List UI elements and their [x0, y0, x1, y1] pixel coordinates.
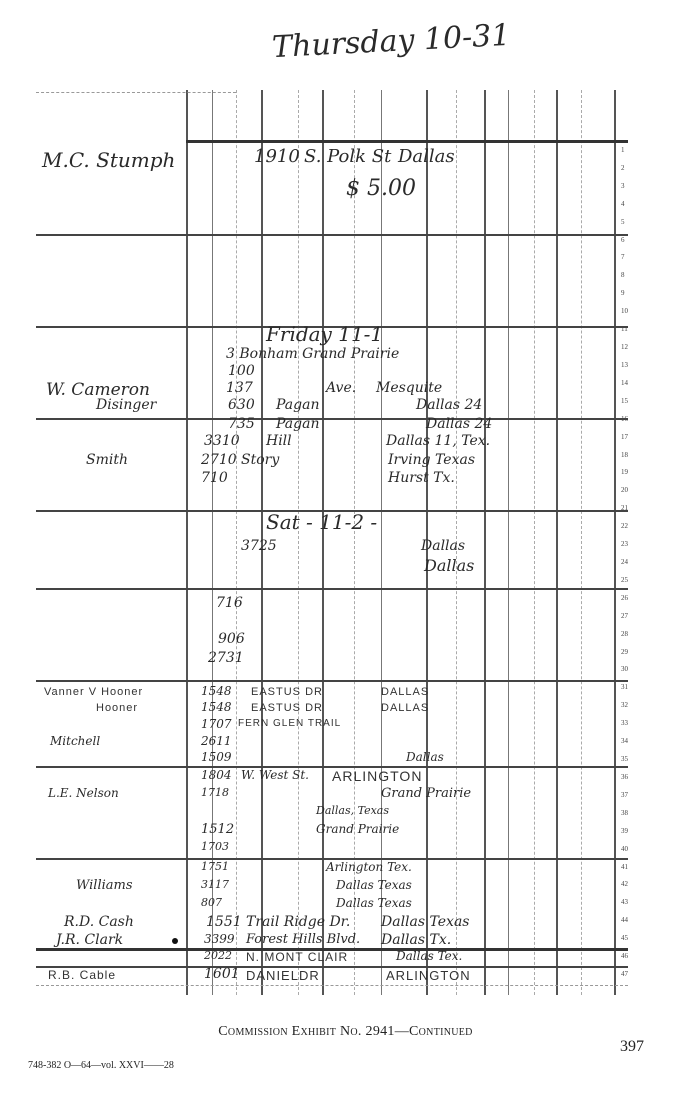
entry-number: 1910 — [254, 146, 300, 167]
entry-street: S. Polk St — [304, 146, 391, 167]
row-number: 3 — [621, 182, 625, 190]
entry-street: EASTUS DR — [251, 686, 323, 698]
entry-street: FERN GLEN TRAIL — [238, 718, 341, 729]
entry-name: Hooner — [96, 702, 138, 714]
row-number: 44 — [621, 916, 628, 924]
row-number: 41 — [621, 863, 628, 871]
row-number: 1 — [621, 146, 625, 154]
entry-street: DANIELDR — [246, 968, 320, 983]
entry-city: Dallas Texas — [336, 878, 412, 892]
row-number: 19 — [621, 468, 628, 476]
entry-amount: $ 5.00 — [346, 176, 416, 201]
entry-number: 1703 — [201, 840, 229, 853]
row-number: 12 — [621, 343, 628, 351]
row-number: 32 — [621, 701, 628, 709]
entry-number: 807 — [201, 896, 222, 909]
entry-city: Hurst Tx. — [388, 470, 455, 486]
row-number: 4 — [621, 200, 625, 208]
bottom-rule — [36, 985, 628, 986]
entry-city: Grand Prairie — [316, 822, 399, 836]
entry-name: R.D. Cash — [64, 914, 134, 930]
entry-street: Pagan — [276, 416, 319, 432]
day-heading: Sat - 11-2 - — [266, 510, 377, 534]
row-number: 10 — [621, 307, 628, 315]
row-number: 15 — [621, 397, 628, 405]
row-number: 33 — [621, 719, 628, 727]
row-number: 38 — [621, 809, 628, 817]
ink-dot — [172, 938, 178, 944]
entry-name: J.R. Clark — [56, 932, 123, 948]
entry-city: ARLINGTON — [332, 768, 422, 784]
entry-number: 1551 — [206, 914, 242, 930]
row-number: 36 — [621, 773, 628, 781]
row-number: 5 — [621, 218, 625, 226]
entry-street: Pagan — [276, 397, 319, 413]
entry-city: Dallas — [421, 538, 465, 554]
row-number: 46 — [621, 952, 628, 960]
row-number: 20 — [621, 486, 628, 494]
print-code: 748-382 O—64—vol. XXVI——28 — [28, 1060, 174, 1071]
entry-number: 710 — [201, 470, 228, 486]
entry-city: Dallas Texas — [336, 896, 412, 910]
block-rule — [36, 680, 628, 682]
row-number: 18 — [621, 451, 628, 459]
entry-city: Grand Prairie — [381, 786, 471, 801]
entry-number: 2022 — [204, 949, 232, 962]
row-number: 37 — [621, 791, 628, 799]
entry-number: 1751 — [201, 860, 229, 873]
row-number: 35 — [621, 755, 628, 763]
row-number: 24 — [621, 558, 628, 566]
entry-number: 137 — [226, 380, 253, 396]
entry-name: R.B. Cable — [48, 968, 116, 982]
row-number: 21 — [621, 504, 628, 512]
row-number: 11 — [621, 325, 628, 333]
entry-city: Dallas — [406, 750, 444, 764]
row-number: 30 — [621, 665, 628, 673]
entry-name: Vanner V Hooner — [44, 686, 143, 698]
entry-street: Story — [241, 452, 279, 468]
entry-city: DALLAS — [381, 702, 429, 714]
handwritten-header-note: Thursday 10-31 — [271, 18, 511, 65]
row-number: 14 — [621, 379, 628, 387]
entry-number: 1707 — [201, 717, 232, 731]
row-number: 6 — [621, 236, 625, 244]
entry-street: Hill — [266, 433, 292, 449]
row-number: 39 — [621, 827, 628, 835]
row-number: 26 — [621, 594, 628, 602]
entry-street: Forest Hills Blvd. — [246, 932, 360, 947]
entry-city: Dallas — [398, 146, 455, 167]
entry-street: Ave. — [326, 380, 356, 396]
entry-number: 630 — [228, 397, 255, 413]
entry-city: ARLINGTON — [386, 968, 471, 983]
entry-city: Dallas, Texas — [316, 804, 389, 817]
entry-number: 1804 — [201, 768, 232, 782]
entry-street: EASTUS DR — [251, 702, 323, 714]
entry-city: Dallas 24 — [426, 416, 492, 432]
entry-city: Irving Texas — [388, 452, 475, 468]
entry-name: L.E. Nelson — [48, 786, 119, 800]
entry-number: 1509 — [201, 750, 232, 764]
day-heading: Friday 11-1 — [266, 322, 383, 346]
entry-city: Dallas Texas — [381, 914, 469, 930]
entry-number: 906 — [218, 631, 245, 647]
block-rule — [36, 966, 628, 968]
row-number: 8 — [621, 271, 625, 279]
entry-city: DALLAS — [381, 686, 429, 698]
row-number: 25 — [621, 576, 628, 584]
exhibit-caption: Commission Exhibit No. 2941—Continued — [0, 1024, 691, 1040]
row-number: 2 — [621, 164, 625, 172]
row-number: 17 — [621, 433, 628, 441]
row-number: 9 — [621, 289, 625, 297]
block-rule — [36, 418, 628, 420]
entry-name: Mitchell — [50, 734, 100, 748]
entry-city: Dallas — [424, 556, 474, 575]
entry-number: 1601 — [204, 966, 240, 982]
entry-number: 3725 — [241, 538, 277, 554]
entry-street: Trail Ridge Dr. — [246, 914, 350, 930]
entry-city: Dallas Tex. — [396, 949, 462, 963]
entry-city: Dallas 11, Tex. — [386, 433, 490, 449]
entry-city: Dallas 24 — [416, 397, 482, 413]
row-number: 45 — [621, 934, 628, 942]
block-rule — [36, 588, 628, 590]
entry-number: 1718 — [201, 786, 229, 799]
entry-city: Arlington Tex. — [326, 860, 412, 874]
row-number: 34 — [621, 737, 628, 745]
row-number: 27 — [621, 612, 628, 620]
entry-number: 100 — [228, 363, 255, 379]
page-number: 397 — [620, 1038, 644, 1056]
row-number: 23 — [621, 540, 628, 548]
entry-name: Williams — [76, 878, 133, 893]
entry-city: Dallas Tx. — [381, 932, 451, 948]
entry-number: 3399 — [204, 932, 235, 946]
entry-number: 2710 — [201, 452, 237, 468]
entry-number: 2731 — [208, 650, 244, 666]
ledger-table: 1234567891011121314151617181920212223242… — [36, 90, 636, 995]
entry-number: 2611 — [201, 734, 232, 748]
entry-number: 1548 — [201, 684, 232, 698]
entry-number: 1548 — [201, 700, 232, 714]
row-number: 28 — [621, 630, 628, 638]
top-rule — [36, 92, 236, 93]
row-number: 16 — [621, 415, 628, 423]
entry-city: Mesquite — [376, 380, 442, 396]
entry-street: 3 Bonham Grand Prairie — [226, 346, 399, 362]
entry-name: M.C. Stumph — [42, 148, 175, 172]
block-rule — [36, 234, 628, 236]
row-number: 13 — [621, 361, 628, 369]
row-number: 29 — [621, 648, 628, 656]
entry-name: Smith — [86, 452, 128, 468]
row-number: 40 — [621, 845, 628, 853]
entry-number: 3117 — [201, 878, 229, 891]
row-number: 7 — [621, 253, 625, 261]
entry-number: 1512 — [201, 822, 234, 837]
entry-number: 3310 — [204, 433, 240, 449]
row-number: 43 — [621, 898, 628, 906]
entry-number: 716 — [216, 595, 243, 611]
row-number: 22 — [621, 522, 628, 530]
entry-number: 735 — [228, 416, 255, 432]
row-number: 47 — [621, 970, 628, 978]
entry-name: Disinger — [96, 397, 156, 413]
entry-street: W. West St. — [241, 768, 309, 782]
block-rule — [186, 140, 628, 143]
row-number: 31 — [621, 683, 628, 691]
entry-street: N. MONT CLAIR — [246, 950, 348, 964]
row-number: 42 — [621, 880, 628, 888]
